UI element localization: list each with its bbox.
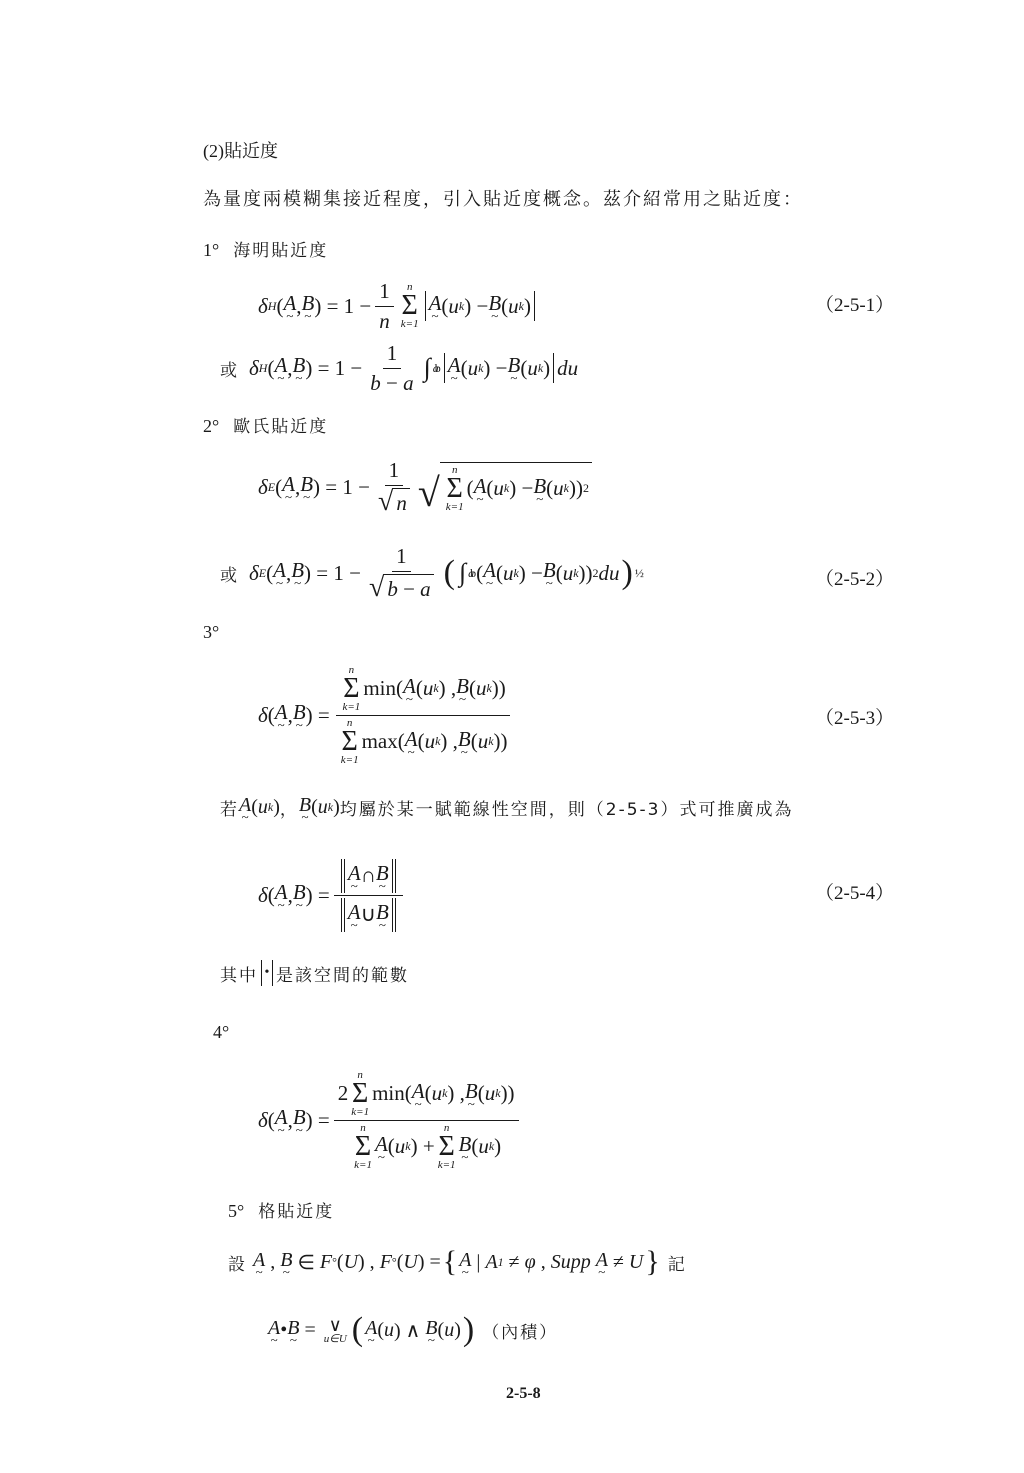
item-title: 歐氏貼近度 [233,417,328,437]
item-marker: 2° [203,416,219,436]
equation-number: （2-5-4） [815,878,894,905]
inner-product-label: （內積） [482,1318,558,1343]
section-title: (2)貼近度 [203,137,278,163]
item-2-heading: 2° 歐氏貼近度 [203,412,328,437]
norm-symbol: • [261,960,273,986]
item-1-heading: 1° 海明貼近度 [203,236,328,261]
formula-min-max-ratio: δ(A~ , B~) = nΣk=1min(A~(uk) , B~(uk)) n… [258,660,516,770]
item-marker: 5° [228,1201,244,1221]
item-title: 海明貼近度 [233,241,328,261]
section-intro: 為量度兩模糊集接近程度，引入貼近度概念。茲介紹常用之貼近度： [203,185,803,211]
definition-prefix: 設 [228,1250,247,1275]
generalization-note: 若 A~(uk) ， B~(uk) 均屬於某一賦範線性空間，則（2-5-3）式可… [220,795,794,820]
section-title-text: (2)貼近度 [203,141,278,161]
item-title: 格貼近度 [258,1202,334,1222]
formula-inner-product: A~•B~ = ∨u∈U (A~(u) ∧ B~(u)) （內積） [268,1305,558,1355]
formula-lattice-definition: 設 A~ , B~ ∈ F°(U) , F°(U) = {A~ | A1 ≠ φ… [228,1240,687,1284]
norm-note: 其中 • 是該空間的範數 [220,960,409,986]
equation-number: （2-5-1） [815,290,894,317]
note-rest: 均屬於某一賦範線性空間，則（2-5-3）式可推廣成為 [340,795,794,820]
formula-euclidean-discrete: δE(A~ , B~) = 1 − 1√n √ nΣk=1 (A~(uk) − … [258,455,592,519]
item-marker: 1° [203,240,219,260]
item-marker: 3° [203,622,219,643]
note-prefix: 若 [220,795,239,820]
formula-dice-like: δ(A~ , B~) = 2nΣk=1min(A~(uk) , B~(uk)) … [258,1062,523,1178]
or-label: 或 [220,356,239,381]
formula-hamming-discrete: δH(A~ , B~) = 1 − 1n nΣk=1 A~(uk) − B~(u… [258,278,538,334]
formula-euclidean-continuous: 或 δE(A~ , B~) = 1 − 1√b − a (∫ab (A~(uk)… [220,545,644,601]
formula-hamming-continuous: 或 δH(A~ , B~) = 1 − 1b − a ∫ab A~(uk) − … [220,340,578,396]
equation-number: （2-5-2） [815,564,894,591]
equation-number: （2-5-3） [815,703,894,730]
note-comma: ， [280,795,299,820]
norm-note-prefix: 其中 [220,961,258,986]
formula-norm-ratio: δ(A~ , B~) = A~∩B~ A~∪B~ [258,850,407,940]
norm-note-rest: 是該空間的範數 [276,961,409,986]
or-label: 或 [220,561,239,586]
definition-suffix: 記 [668,1250,687,1275]
page-number: 2-5-8 [506,1385,541,1403]
item-5-heading: 5° 格貼近度 [228,1197,334,1222]
item-marker: 4° [213,1022,229,1043]
